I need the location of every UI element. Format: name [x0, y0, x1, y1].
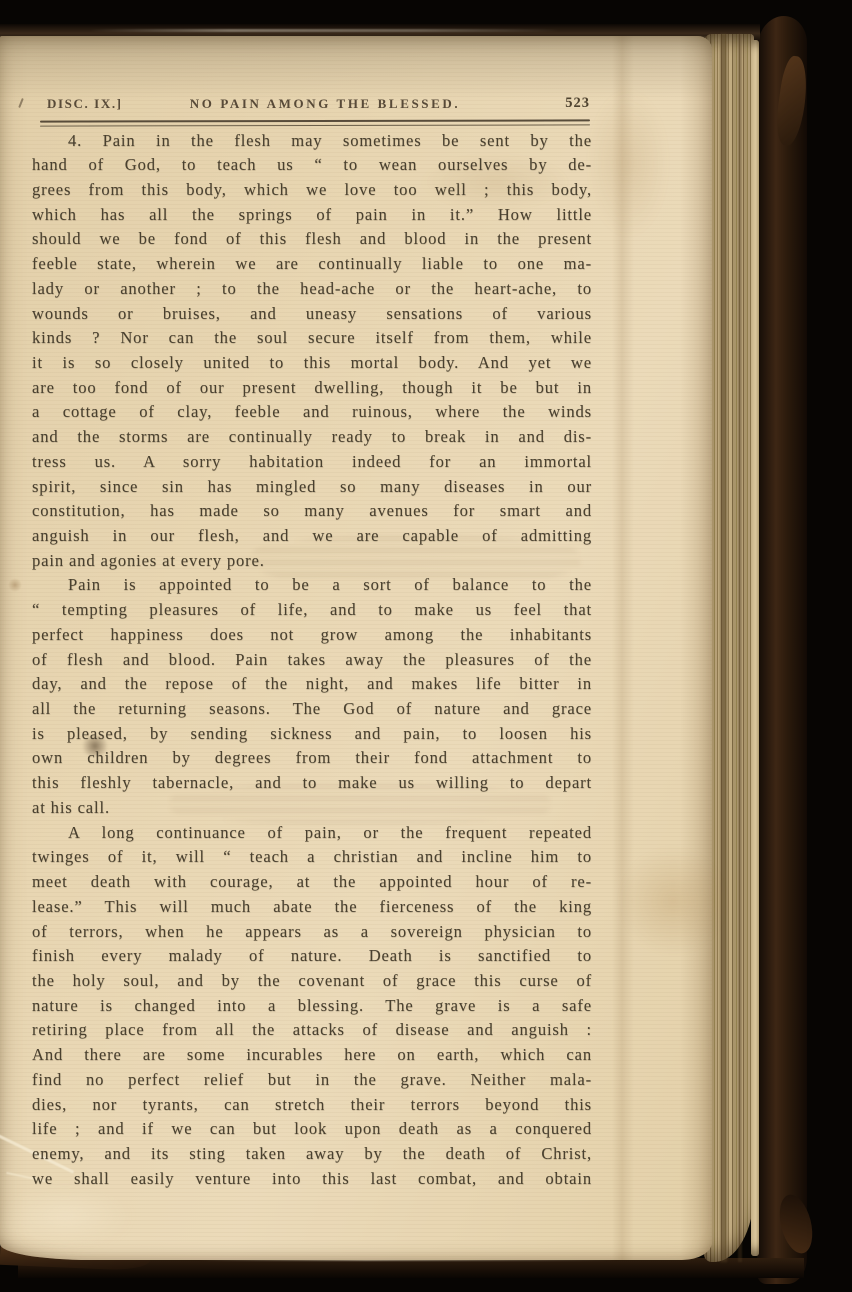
text-line: should we be fond of this flesh and bloo… [32, 227, 592, 252]
text-line: Pain is appointed to be a sort of balanc… [32, 573, 592, 598]
text-line: retiring place from all the attacks of d… [32, 1018, 592, 1043]
text-line: life ; and if we can but look upon death… [32, 1117, 592, 1142]
text-line: we shall easily venture into this last c… [32, 1167, 592, 1192]
book-page: DISC. IX.] NO PAIN AMONG THE BLESSED. 52… [0, 36, 712, 1260]
text-line: all the returning seasons. The God of na… [32, 697, 592, 722]
text-line: finish every malady of nature. Death is … [32, 944, 592, 969]
book-photo: DISC. IX.] NO PAIN AMONG THE BLESSED. 52… [0, 0, 852, 1292]
header-double-rule [40, 119, 590, 128]
text-line: And there are some incurables here on ea… [32, 1043, 592, 1068]
text-line: enemy, and its sting taken away by the d… [32, 1142, 592, 1167]
text-line: tress us. A sorry habitation indeed for … [32, 450, 592, 475]
text-line: wounds or bruises, and uneasy sensations… [32, 302, 592, 327]
text-line: this fleshly tabernacle, and to make us … [32, 771, 592, 796]
text-line: find no perfect relief but in the grave.… [32, 1068, 592, 1093]
text-line: lease.” This will much abate the fiercen… [32, 895, 592, 920]
text-line: 4. Pain in the flesh may sometimes be se… [32, 129, 592, 154]
rule-line [40, 124, 590, 127]
page-top-shadow [0, 36, 712, 100]
text-line: a cottage of clay, feeble and ruinous, w… [32, 400, 592, 425]
text-line: which has all the springs of pain in it.… [32, 203, 592, 228]
text-line: perfect happiness does not grow among th… [32, 623, 592, 648]
text-line: nature is changed into a blessing. The g… [32, 994, 592, 1019]
text-line: of terrors, when he appears as a soverei… [32, 920, 592, 945]
text-line: dies, nor tyrants, can stretch their ter… [32, 1093, 592, 1118]
cover-highlight [90, 29, 560, 32]
text-line: and the storms are continually ready to … [32, 425, 592, 450]
leather-chip [773, 55, 811, 148]
text-line: feeble state, wherein we are continually… [32, 252, 592, 277]
text-line: the holy soul, and by the covenant of gr… [32, 969, 592, 994]
fore-edge-last-page [751, 40, 759, 1256]
text-line: lady or another ; to the head-ache or th… [32, 277, 592, 302]
text-line: twinges of it, will “ teach a christian … [32, 845, 592, 870]
page-number: 523 [543, 95, 590, 112]
running-title: NO PAIN AMONG THE BLESSED. [175, 96, 475, 112]
text-line: grees from this body, which we love too … [32, 178, 592, 203]
text-line: spirit, since sin has mingled so many di… [32, 475, 592, 500]
text-line: it is so closely united to this mortal b… [32, 351, 592, 376]
running-head: DISC. IX.] NO PAIN AMONG THE BLESSED. 52… [0, 96, 712, 116]
text-line: at his call. [32, 796, 592, 821]
text-block: 4. Pain in the flesh may sometimes be se… [32, 129, 592, 1192]
section-label: DISC. IX.] [47, 96, 123, 112]
text-line: own children by degrees from their fond … [32, 746, 592, 771]
text-line: constitution, has made so many avenues f… [32, 499, 592, 524]
text-line: kinds ? Nor can the soul secure itself f… [32, 326, 592, 351]
paper-wear-highlight [0, 1186, 130, 1246]
text-line: are too fond of our present dwelling, th… [32, 376, 592, 401]
text-line: anguish in our flesh, and we are capable… [32, 524, 592, 549]
rule-line [40, 119, 590, 123]
text-line: pain and agonies at every pore. [32, 549, 592, 574]
book-cover-right-edge [757, 16, 807, 1284]
text-line: is pleased, by sending sickness and pain… [32, 722, 592, 747]
fore-edge-streak [720, 34, 727, 1262]
paper-stain [618, 846, 728, 956]
text-line: “ tempting pleasures of life, and to mak… [32, 598, 592, 623]
text-line: hand of God, to teach us “ to wean ourse… [32, 153, 592, 178]
text-line: A long continuance of pain, or the frequ… [32, 821, 592, 846]
text-line: of flesh and blood. Pain takes away the … [32, 648, 592, 673]
leather-chip [774, 1191, 818, 1256]
text-line: meet death with courage, at the appointe… [32, 870, 592, 895]
fore-edge-streak [738, 34, 742, 1262]
paper-stain [8, 578, 22, 592]
text-line: day, and the repose of the night, and ma… [32, 672, 592, 697]
